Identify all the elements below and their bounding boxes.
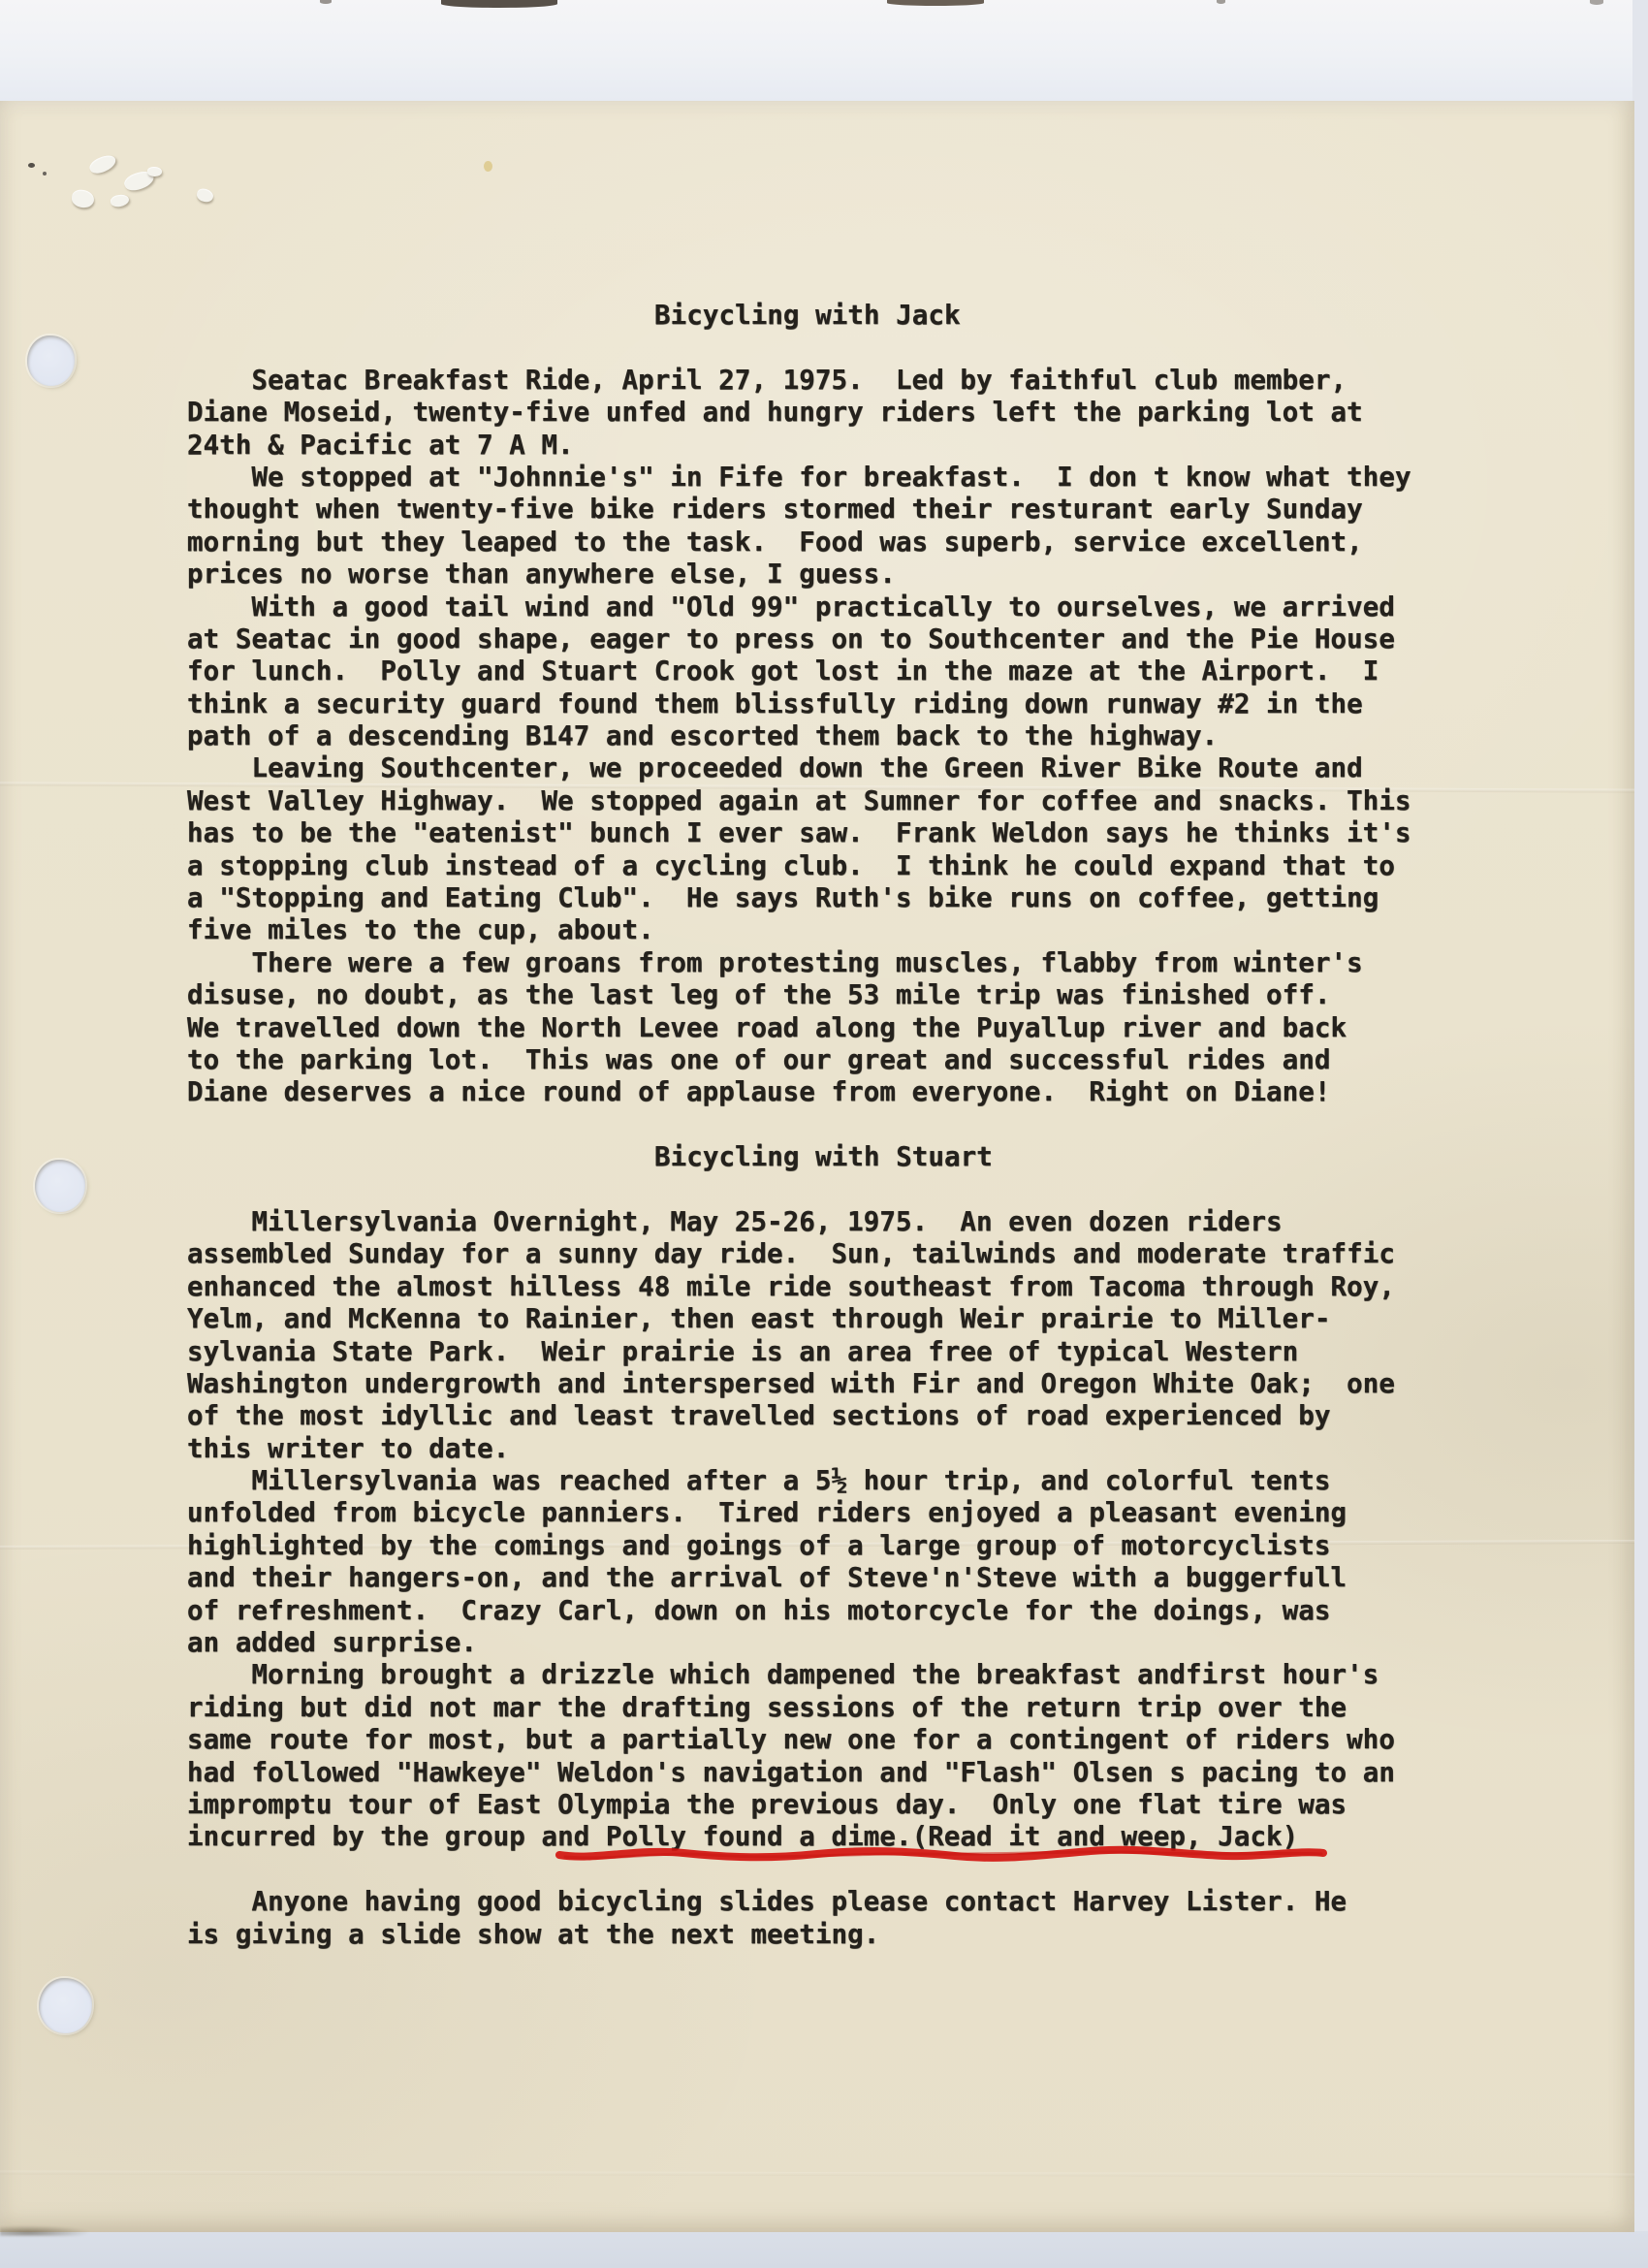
text-line: to the parking lot. This was one of our … — [187, 1043, 1476, 1075]
text-line: West Valley Highway. We stopped again at… — [187, 784, 1476, 816]
text-line: riding but did not mar the drafting sess… — [187, 1691, 1476, 1723]
blank-line — [187, 1108, 1476, 1140]
hole-punch — [35, 1160, 85, 1212]
text-line: Millersylvania Overnight, May 25-26, 197… — [187, 1205, 1476, 1237]
text-line: of the most idyllic and least travelled … — [187, 1399, 1476, 1431]
text-line: a "Stopping and Eating Club". He says Ru… — [187, 881, 1476, 913]
text-line: sylvania State Park. Weir prairie is an … — [187, 1335, 1476, 1367]
text-line: Yelm, and McKenna to Rainier, then east … — [187, 1302, 1476, 1334]
text-line: Leaving Southcenter, we proceeded down t… — [187, 751, 1476, 783]
text-line: We stopped at "Johnnie's" in Fife for br… — [187, 461, 1476, 493]
text-line: disuse, no doubt, as the last leg of the… — [187, 978, 1476, 1010]
text-line: had followed "Hawkeye" Weldon's navigati… — [187, 1756, 1476, 1788]
text-line: is giving a slide show at the next meeti… — [187, 1918, 1476, 1950]
text-line: Anyone having good bicycling slides plea… — [187, 1885, 1476, 1917]
text-line: this writer to date. — [187, 1432, 1476, 1464]
scorch-smudge — [0, 2219, 155, 2236]
text-line: an added surprise. — [187, 1626, 1476, 1658]
scan-edge-mark — [1590, 0, 1603, 5]
section-heading: Bicycling with Jack — [187, 299, 1476, 331]
text-line: thought when twenty-five bike riders sto… — [187, 493, 1476, 525]
text-line: path of a descending B147 and escorted t… — [187, 719, 1476, 751]
text-line: Washington undergrowth and interspersed … — [187, 1367, 1476, 1399]
scanner-background-top — [0, 0, 1648, 101]
text-line: highlighted by the comings and goings of… — [187, 1529, 1476, 1561]
text-line: 24th & Pacific at 7 A M. — [187, 429, 1476, 461]
hole-punch — [27, 335, 75, 386]
scanner-background-right — [1632, 0, 1648, 2268]
text-line: assembled Sunday for a sunny day ride. S… — [187, 1237, 1476, 1269]
text-line: and their hangers-on, and the arrival of… — [187, 1561, 1476, 1593]
scan-edge-mark — [887, 0, 984, 6]
text-line: Seatac Breakfast Ride, April 27, 1975. L… — [187, 364, 1476, 396]
text-line: of refreshment. Crazy Carl, down on his … — [187, 1594, 1476, 1626]
text-line: same route for most, but a partially new… — [187, 1723, 1476, 1755]
text-line: Diane Moseid, twenty-five unfed and hung… — [187, 396, 1476, 428]
text-line: With a good tail wind and "Old 99" pract… — [187, 591, 1476, 623]
ink-speck — [28, 163, 35, 168]
scan-edge-mark — [441, 0, 557, 8]
stain-spot — [484, 161, 492, 172]
text-line: morning but they leaped to the task. Foo… — [187, 526, 1476, 558]
red-underline — [555, 1841, 1329, 1870]
section-heading: Bicycling with Stuart — [187, 1140, 1476, 1172]
text-line: a stopping club instead of a cycling clu… — [187, 849, 1476, 881]
text-line: enhanced the almost hilless 48 mile ride… — [187, 1270, 1476, 1302]
text-line: Millersylvania was reached after a 5½ ho… — [187, 1464, 1476, 1496]
text-line: impromptu tour of East Olympia the previ… — [187, 1788, 1476, 1820]
blank-line — [187, 331, 1476, 363]
text-line: at Seatac in good shape, eager to press … — [187, 623, 1476, 655]
text-line: five miles to the cup, about. — [187, 913, 1476, 945]
blank-line — [187, 1173, 1476, 1205]
text-line: unfolded from bicycle panniers. Tired ri… — [187, 1496, 1476, 1528]
text-line: think a security guard found them blissf… — [187, 687, 1476, 719]
text-line: prices no worse than anywhere else, I gu… — [187, 558, 1476, 590]
scan-edge-mark — [1217, 0, 1225, 4]
scan-edge-mark — [320, 0, 332, 4]
text-line: Morning brought a drizzle which dampened… — [187, 1658, 1476, 1690]
scanned-newsletter-page: Bicycling with Jack Seatac Breakfast Rid… — [0, 0, 1648, 2268]
scanner-background-bottom — [0, 2231, 1648, 2268]
text-line: for lunch. Polly and Stuart Crook got lo… — [187, 655, 1476, 687]
text-line: We travelled down the North Levee road a… — [187, 1011, 1476, 1043]
paper-tear-mark — [147, 167, 162, 176]
text-line: There were a few groans from protesting … — [187, 946, 1476, 978]
typewritten-text: Bicycling with Jack Seatac Breakfast Rid… — [187, 299, 1476, 1950]
hole-punch — [39, 1978, 92, 2033]
ink-speck — [43, 172, 47, 176]
text-line: Diane deserves a nice round of applause … — [187, 1075, 1476, 1107]
text-line: has to be the "eatenist" bunch I ever sa… — [187, 816, 1476, 848]
